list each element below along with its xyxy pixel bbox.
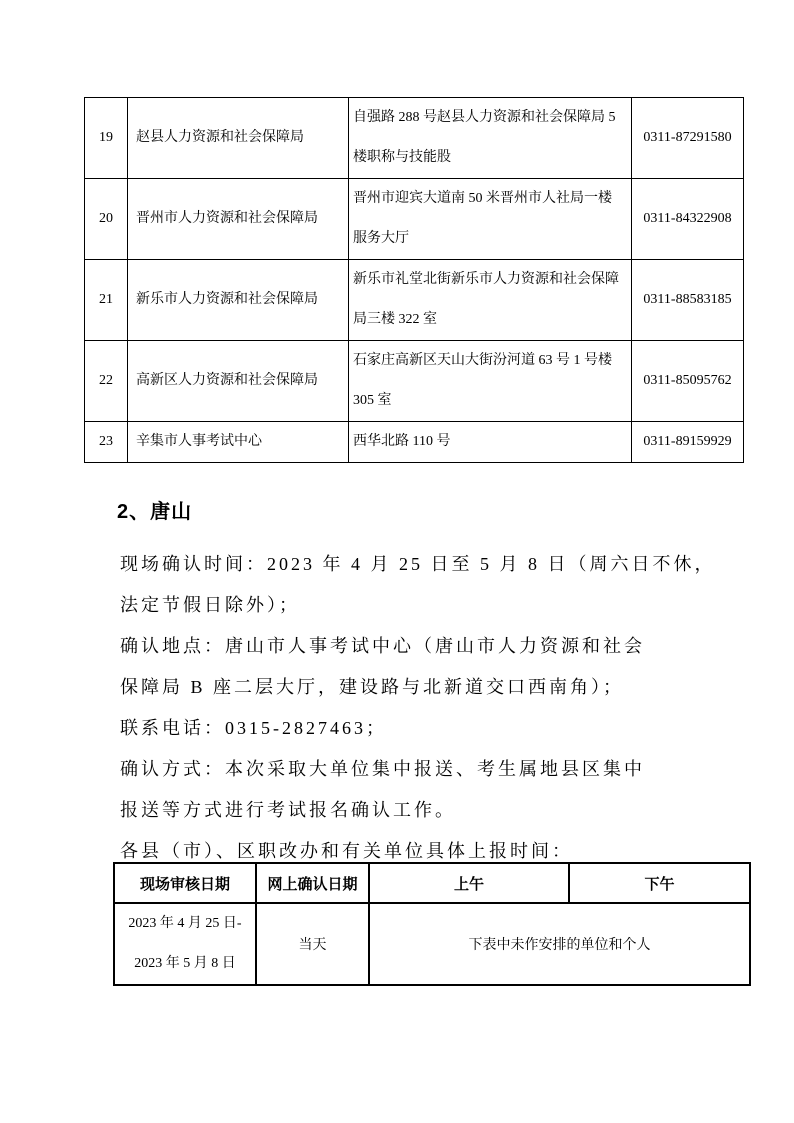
- schedule-note: 下表中未作安排的单位和个人: [369, 903, 750, 985]
- header-onsite-review-date: 现场审核日期: [114, 863, 256, 903]
- org-phone: 0311-87291580: [632, 98, 744, 179]
- org-phone: 0311-88583185: [632, 260, 744, 341]
- paragraph-line: 报送等方式进行考试报名确认工作。: [120, 790, 720, 831]
- offices-table: 19 赵县人力资源和社会保障局 自强路 288 号赵县人力资源和社会保障局 5 …: [84, 97, 744, 463]
- header-afternoon: 下午: [569, 863, 750, 903]
- header-morning: 上午: [369, 863, 569, 903]
- org-name: 赵县人力资源和社会保障局: [128, 98, 349, 179]
- address-line: 石家庄高新区天山大街汾河道 63 号 1 号楼: [353, 341, 627, 381]
- table-row: 21 新乐市人力资源和社会保障局 新乐市礼堂北街新乐市人力资源和社会保障 局三楼…: [85, 260, 744, 341]
- schedule-table: 现场审核日期 网上确认日期 上午 下午 2023 年 4 月 25 日- 202…: [113, 862, 751, 986]
- table-row: 22 高新区人力资源和社会保障局 石家庄高新区天山大街汾河道 63 号 1 号楼…: [85, 341, 744, 422]
- paragraph-line: 联系电话：0315-2827463；: [120, 708, 720, 749]
- org-phone: 0311-85095762: [632, 341, 744, 422]
- org-name: 高新区人力资源和社会保障局: [128, 341, 349, 422]
- address-line: 晋州市迎宾大道南 50 米晋州市人社局一楼: [353, 179, 627, 219]
- org-address: 新乐市礼堂北街新乐市人力资源和社会保障 局三楼 322 室: [349, 260, 632, 341]
- row-number: 22: [85, 341, 128, 422]
- table-row: 20 晋州市人力资源和社会保障局 晋州市迎宾大道南 50 米晋州市人社局一楼 服…: [85, 179, 744, 260]
- address-line: 西华北路 110 号: [353, 422, 627, 462]
- address-line: 305 室: [353, 381, 627, 421]
- address-line: 服务大厅: [353, 219, 627, 259]
- online-confirm-date: 当天: [256, 903, 369, 985]
- row-number: 23: [85, 422, 128, 463]
- paragraph-line: 确认地点：唐山市人事考试中心（唐山市人力资源和社会: [120, 626, 720, 667]
- date-line: 2023 年 4 月 25 日-: [115, 904, 255, 944]
- table-row: 23 辛集市人事考试中心 西华北路 110 号 0311-89159929: [85, 422, 744, 463]
- org-address: 西华北路 110 号: [349, 422, 632, 463]
- section-heading: 2、唐山: [117, 498, 192, 526]
- paragraph-line: 法定节假日除外）；: [120, 585, 720, 626]
- document-page: 19 赵县人力资源和社会保障局 自强路 288 号赵县人力资源和社会保障局 5 …: [0, 0, 794, 1123]
- body-text: 现场确认时间：2023 年 4 月 25 日至 5 月 8 日（周六日不休， 法…: [120, 544, 720, 872]
- org-address: 石家庄高新区天山大街汾河道 63 号 1 号楼 305 室: [349, 341, 632, 422]
- paragraph-line: 确认方式：本次采取大单位集中报送、考生属地县区集中: [120, 749, 720, 790]
- schedule-header-row: 现场审核日期 网上确认日期 上午 下午: [114, 863, 750, 903]
- address-line: 局三楼 322 室: [353, 300, 627, 340]
- org-name: 晋州市人力资源和社会保障局: [128, 179, 349, 260]
- table-row: 19 赵县人力资源和社会保障局 自强路 288 号赵县人力资源和社会保障局 5 …: [85, 98, 744, 179]
- schedule-data-row: 2023 年 4 月 25 日- 2023 年 5 月 8 日 当天 下表中未作…: [114, 903, 750, 985]
- date-line: 2023 年 5 月 8 日: [115, 944, 255, 984]
- paragraph-line: 现场确认时间：2023 年 4 月 25 日至 5 月 8 日（周六日不休，: [120, 544, 720, 585]
- address-line: 楼职称与技能股: [353, 138, 627, 178]
- onsite-review-date: 2023 年 4 月 25 日- 2023 年 5 月 8 日: [114, 903, 256, 985]
- org-name: 辛集市人事考试中心: [128, 422, 349, 463]
- org-phone: 0311-89159929: [632, 422, 744, 463]
- org-phone: 0311-84322908: [632, 179, 744, 260]
- row-number: 19: [85, 98, 128, 179]
- address-line: 新乐市礼堂北街新乐市人力资源和社会保障: [353, 260, 627, 300]
- org-address: 自强路 288 号赵县人力资源和社会保障局 5 楼职称与技能股: [349, 98, 632, 179]
- address-line: 自强路 288 号赵县人力资源和社会保障局 5: [353, 98, 627, 138]
- paragraph-line: 保障局 B 座二层大厅，建设路与北新道交口西南角）；: [120, 667, 720, 708]
- header-online-confirm-date: 网上确认日期: [256, 863, 369, 903]
- org-name: 新乐市人力资源和社会保障局: [128, 260, 349, 341]
- org-address: 晋州市迎宾大道南 50 米晋州市人社局一楼 服务大厅: [349, 179, 632, 260]
- row-number: 21: [85, 260, 128, 341]
- row-number: 20: [85, 179, 128, 260]
